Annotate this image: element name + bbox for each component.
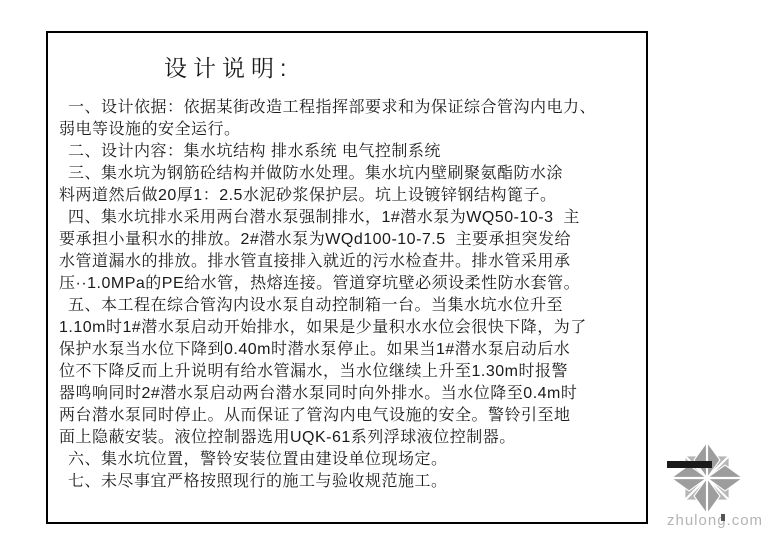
watermark: zhulong.com: [660, 438, 769, 551]
text-line: 两台潜水泵同时停止。从而保证了管沟内电气设施的安全。警铃引至地: [59, 407, 571, 425]
text-line: 保护水泵当水位下降到0.40m时潜水泵停止。如果当1#潜水泵启动后水: [59, 341, 570, 359]
watermark-text: zhulong.com: [667, 512, 767, 529]
watermark-black-bar: [667, 461, 712, 468]
text-line: 四、集水坑排水采用两台潜水泵强制排水，1#潜水泵为WQ50-10-3 主: [68, 209, 580, 227]
text-line: 水管道漏水的排放。排水管直接排入就近的污水检查井。排水管采用承: [59, 253, 571, 271]
text-line: 一、设计依据：依据某街改造工程指挥部要求和为保证综合管沟内电力、: [68, 99, 596, 117]
text-line: 压··1.0MPa的PE给水管，热熔连接。管道穿坑壁必须设柔性防水套管。: [59, 275, 580, 293]
text-line: 三、集水坑为钢筋砼结构并做防水处理。集水坑内壁刷聚氨酯防水涂: [68, 165, 563, 183]
text-line: 六、集水坑位置，警铃安装位置由建设单位现场定。: [68, 451, 448, 469]
text-line: 要承担小量积水的排放。2#潜水泵为WQd100-10-7.5 主要承担突发给: [59, 231, 571, 249]
zhulong-pinwheel-icon: [671, 442, 743, 514]
text-line: 器鸣响同时2#潜水泵启动两台潜水泵同时向外排水。当水位降至0.4m时: [59, 385, 577, 403]
page-title: 设计说明:: [164, 50, 292, 83]
text-line: 二、设计内容：集水坑结构 排水系统 电气控制系统: [68, 143, 441, 161]
page: 设计说明: 一、设计依据：依据某街改造工程指挥部要求和为保证综合管沟内电力、弱电…: [0, 0, 769, 551]
text-line: 面上隐蔽安装。液位控制器选用UQK-61系列浮球液位控制器。: [59, 429, 516, 447]
text-line: 位不下降反而上升说明有给水管漏水，当水位继续上升至1.30m时报警: [59, 363, 568, 381]
text-line: 1.10m时1#潜水泵启动开始排水，如果是少量积水水位会很快下降，为了: [59, 319, 587, 337]
text-line: 料两道然后做20厚1：2.5水泥砂浆保护层。坑上设镀锌钢结构篦子。: [59, 187, 556, 205]
text-line: 弱电等设施的安全运行。: [59, 121, 241, 139]
text-line: 五、本工程在综合管沟内设水泵自动控制箱一台。当集水坑水位升至: [68, 297, 563, 315]
watermark-dot: [721, 514, 725, 521]
text-line: 七、未尽事宜严格按照现行的施工与验收规范施工。: [68, 473, 448, 491]
